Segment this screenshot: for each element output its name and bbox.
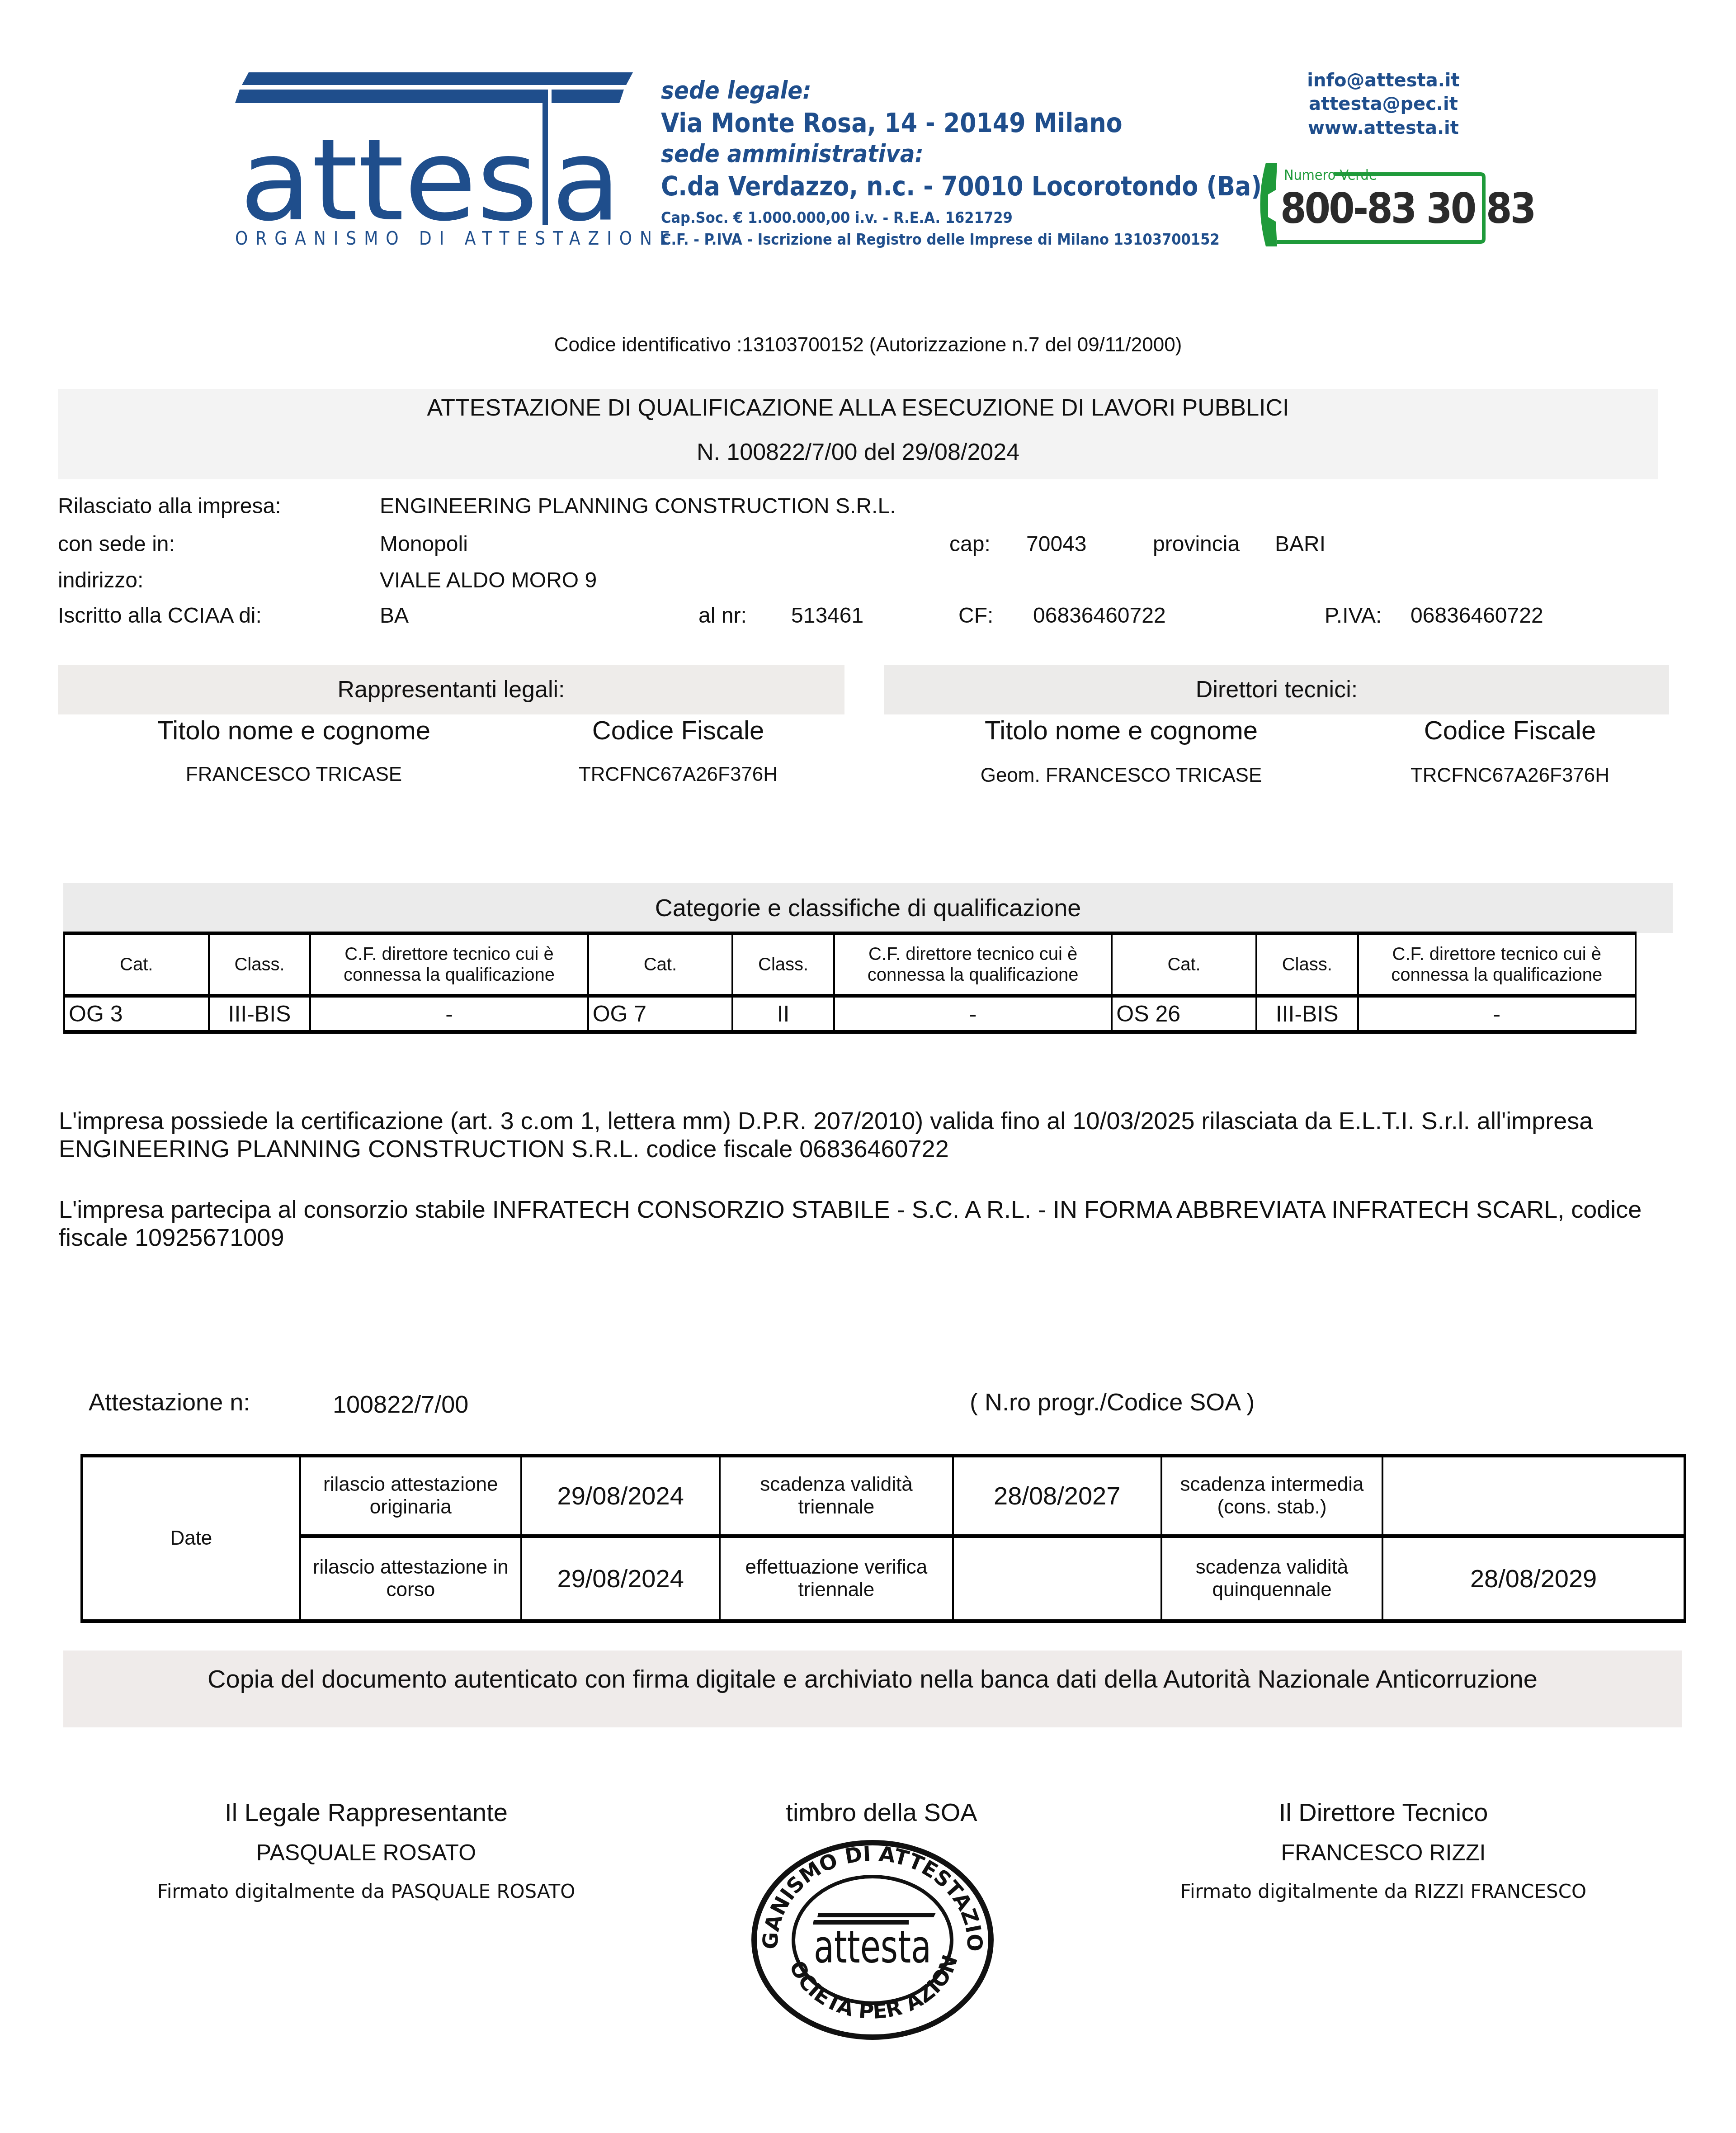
cf-value: - <box>310 996 588 1032</box>
sede-value: Monopoli <box>380 532 468 557</box>
col-cat: Cat. <box>588 933 733 996</box>
email-link[interactable]: info@attesta.it <box>1257 70 1510 91</box>
registro-imprese: C.F. - P.IVA - Iscrizione al Registro de… <box>661 231 1220 249</box>
verifica-triennale-label: effettuazione verifica triennale <box>720 1536 953 1621</box>
legale-digital-signature[interactable]: Firmato digitalmente da PASQUALE ROSATO <box>108 1880 624 1902</box>
numero-verde-box: Numero Verde 800-83 30 83 <box>1252 158 1487 249</box>
cf-label: CF: <box>958 603 993 628</box>
indirizzo-label: indirizzo: <box>58 568 143 593</box>
attestazione-number: N. 100822/7/00 del 29/08/2024 <box>58 439 1658 466</box>
rappresentanti-heading: Rappresentanti legali: <box>58 665 844 714</box>
rilascio-originaria-label: rilascio attestazione originaria <box>300 1456 521 1536</box>
categorie-table: Cat. Class. C.F. direttore tecnico cui è… <box>63 932 1637 1034</box>
direttori-col-name: Titolo nome e cognome <box>918 715 1325 746</box>
attestazione-value: 100822/7/00 <box>333 1390 468 1419</box>
provincia-value: BARI <box>1275 532 1326 557</box>
title-band: ATTESTAZIONE DI QUALIFICAZIONE ALLA ESEC… <box>58 389 1658 479</box>
col-cat: Cat. <box>1112 933 1256 996</box>
cat-value: OG 7 <box>588 996 733 1032</box>
cat-value: OG 3 <box>64 996 209 1032</box>
rilasciato-value: ENGINEERING PLANNING CONSTRUCTION S.R.L. <box>380 494 896 519</box>
rappresentanti-col-name: Titolo nome e cognome <box>90 715 497 746</box>
attestazione-note: ( N.ro progr./Codice SOA ) <box>970 1388 1255 1416</box>
direttore-name: Geom. FRANCESCO TRICASE <box>918 764 1325 787</box>
soa-stamp: ORGANISMO DI ATTESTAZIONE SOCIETA PER AZ… <box>746 1831 999 2044</box>
numero-verde-number[interactable]: 800-83 30 83 <box>1280 184 1534 233</box>
sede-legale-address: Via Monte Rosa, 14 - 20149 Milano <box>661 108 1123 138</box>
attestazione-label: Attestazione n: <box>89 1388 250 1416</box>
timbro-title: timbro della SOA <box>741 1797 1022 1827</box>
rilascio-originaria-value: 29/08/2024 <box>521 1456 720 1536</box>
scadenza-triennale-value: 28/08/2027 <box>953 1456 1161 1536</box>
cf-value: 06836460722 <box>1033 603 1166 628</box>
date-row: rilascio attestazione in corso 29/08/202… <box>82 1536 1685 1621</box>
copia-notice: Copia del documento autenticato con firm… <box>63 1651 1682 1727</box>
direttore-name-signature: FRANCESCO RIZZI <box>1157 1840 1609 1866</box>
categorie-heading: Categorie e classifiche di qualificazion… <box>63 883 1673 933</box>
piva-value: 06836460722 <box>1410 603 1543 628</box>
categorie-header-row: Cat. Class. C.F. direttore tecnico cui è… <box>64 933 1636 996</box>
pec-link[interactable]: attesta@pec.it <box>1257 94 1510 114</box>
document-title: ATTESTAZIONE DI QUALIFICAZIONE ALLA ESEC… <box>58 394 1658 421</box>
attesta-logo: attes a ORGANISMO DI ATTESTAZIONE <box>235 59 633 253</box>
direttori-heading: Direttori tecnici: <box>884 665 1669 714</box>
class-value: II <box>732 996 834 1032</box>
provincia-label: provincia <box>1153 532 1240 557</box>
class-value: III-BIS <box>1256 996 1358 1032</box>
date-label: Date <box>82 1456 300 1621</box>
svg-text:attesta: attesta <box>814 1920 931 1973</box>
cf-value: - <box>1358 996 1636 1032</box>
indirizzo-value: VIALE ALDO MORO 9 <box>380 568 597 593</box>
cciaa-label: Iscritto alla CCIAA di: <box>58 603 262 628</box>
capitale-sociale: Cap.Soc. € 1.000.000,00 i.v. - R.E.A. 16… <box>661 209 1013 227</box>
brand-tagline: ORGANISMO DI ATTESTAZIONE <box>235 228 633 249</box>
consorzio-text: L'impresa partecipa al consorzio stabile… <box>59 1196 1686 1252</box>
direttore-digital-signature[interactable]: Firmato digitalmente da RIZZI FRANCESCO <box>1121 1880 1646 1902</box>
scadenza-intermedia-value <box>1382 1456 1685 1536</box>
attesta-logo-icon: attes a <box>235 59 633 253</box>
cap-value: 70043 <box>1026 532 1086 557</box>
codice-identificativo: Codice identificativo :13103700152 (Auto… <box>0 334 1736 356</box>
rappresentanti-col-cf: Codice Fiscale <box>520 715 836 746</box>
nr-value: 513461 <box>791 603 863 628</box>
legale-title: Il Legale Rappresentante <box>136 1797 597 1827</box>
cciaa-value: BA <box>380 603 409 628</box>
numero-verde-label: Numero Verde <box>1284 166 1377 184</box>
sede-legale-label: sede legale: <box>661 76 811 104</box>
piva-label: P.IVA: <box>1325 603 1382 628</box>
date-row: Date rilascio attestazione originaria 29… <box>82 1456 1685 1536</box>
col-cf: C.F. direttore tecnico cui è connessa la… <box>310 933 588 996</box>
sede-label: con sede in: <box>58 532 175 557</box>
certificazione-text: L'impresa possiede la certificazione (ar… <box>59 1107 1686 1163</box>
nr-label: al nr: <box>698 603 747 628</box>
svg-text:attes: attes <box>240 114 538 246</box>
direttore-cf: TRCFNC67A26F376H <box>1352 764 1668 787</box>
cf-value: - <box>834 996 1112 1032</box>
col-cf: C.F. direttore tecnico cui è connessa la… <box>1358 933 1636 996</box>
rappresentante-name: FRANCESCO TRICASE <box>90 763 497 786</box>
col-cf: C.F. direttore tecnico cui è connessa la… <box>834 933 1112 996</box>
scadenza-triennale-label: scadenza validità triennale <box>720 1456 953 1536</box>
legale-name: PASQUALE ROSATO <box>136 1840 597 1866</box>
svg-text:a: a <box>552 114 621 246</box>
date-table: Date rilascio attestazione originaria 29… <box>80 1454 1686 1623</box>
cat-value: OS 26 <box>1112 996 1256 1032</box>
cap-label: cap: <box>949 532 991 557</box>
sede-amministrativa-label: sede amministrativa: <box>661 139 924 168</box>
class-value: III-BIS <box>209 996 311 1032</box>
verifica-triennale-value <box>953 1536 1161 1621</box>
categorie-value-row: OG 3 III-BIS - OG 7 II - OS 26 III-BIS - <box>64 996 1636 1032</box>
website-link[interactable]: www.attesta.it <box>1257 118 1510 138</box>
rilascio-in-corso-value: 29/08/2024 <box>521 1536 720 1621</box>
scadenza-quinquennale-value: 28/08/2029 <box>1382 1536 1685 1621</box>
rilascio-in-corso-label: rilascio attestazione in corso <box>300 1536 521 1621</box>
scadenza-quinquennale-label: scadenza validità quinquennale <box>1161 1536 1382 1621</box>
stamp-seal-icon: ORGANISMO DI ATTESTAZIONE SOCIETA PER AZ… <box>746 1831 999 2044</box>
rappresentante-cf: TRCFNC67A26F376H <box>520 763 836 786</box>
col-class: Class. <box>209 933 311 996</box>
scadenza-intermedia-label: scadenza intermedia (cons. stab.) <box>1161 1456 1382 1536</box>
rilasciato-label: Rilasciato alla impresa: <box>58 494 281 519</box>
col-cat: Cat. <box>64 933 209 996</box>
col-class: Class. <box>1256 933 1358 996</box>
col-class: Class. <box>732 933 834 996</box>
sede-amministrativa-address: C.da Verdazzo, n.c. - 70010 Locorotondo … <box>661 171 1262 202</box>
direttori-col-cf: Codice Fiscale <box>1352 715 1668 746</box>
direttore-title: Il Direttore Tecnico <box>1157 1797 1609 1827</box>
